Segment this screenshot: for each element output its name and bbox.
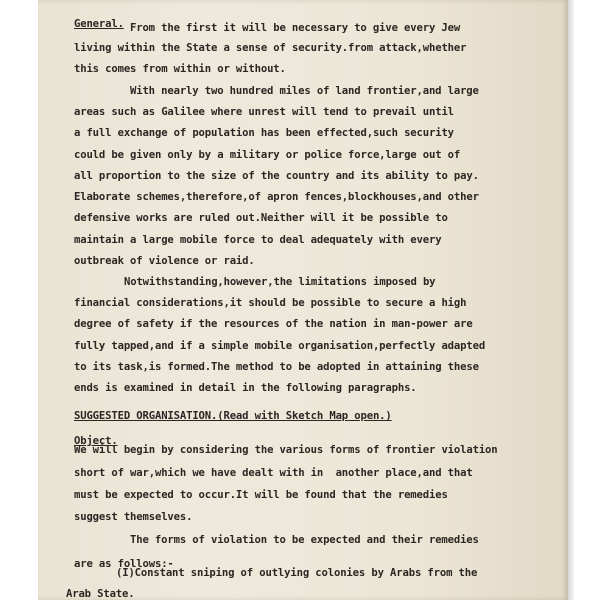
- text-line: Elaborate schemes,therefore,of apron fen…: [74, 191, 479, 203]
- text-line: all proportion to the size of the countr…: [74, 170, 479, 182]
- text-line: defensive works are ruled out.Neither wi…: [74, 212, 448, 224]
- text-line: outbreak of violence or raid.: [74, 255, 255, 267]
- text-line: maintain a large mobile force to deal ad…: [74, 234, 441, 246]
- text-line: (I)Constant sniping of outlying colonies…: [116, 567, 477, 579]
- text-line: areas such as Galilee where unrest will …: [74, 106, 454, 118]
- text-line: a full exchange of population has been e…: [74, 127, 454, 139]
- text-line: to its task,is formed.The method to be a…: [74, 361, 479, 373]
- text-line: Arab State.: [66, 588, 135, 600]
- text-line: suggest themselves.: [74, 511, 192, 523]
- text-line: living within the State a sense of secur…: [74, 42, 466, 54]
- text-line: this comes from within or without.: [74, 63, 286, 75]
- text-line: degree of safety if the resources of the…: [74, 318, 473, 330]
- text-line: financial considerations,it should be po…: [74, 297, 466, 309]
- text-line: short of war,which we have dealt with in…: [74, 467, 473, 479]
- text-line: From the first it will be necessary to g…: [130, 22, 460, 34]
- text-line: We will begin by considering the various…: [74, 444, 498, 456]
- text-line: could be given only by a military or pol…: [74, 149, 460, 161]
- text-line: must be expected to occur.It will be fou…: [74, 489, 448, 501]
- text-line: ends is examined in detail in the follow…: [74, 382, 417, 394]
- text-line: Notwithstanding,however,the limitations …: [124, 276, 435, 288]
- heading-general: General.: [74, 18, 124, 30]
- page-edge: [568, 0, 574, 600]
- heading-suggested-organisation: SUGGESTED ORGANISATION.(Read with Sketch…: [74, 410, 392, 422]
- text-line: With nearly two hundred miles of land fr…: [130, 85, 479, 97]
- text-line: The forms of violation to be expected an…: [130, 534, 479, 546]
- text-line: fully tapped,and if a simple mobile orga…: [74, 340, 485, 352]
